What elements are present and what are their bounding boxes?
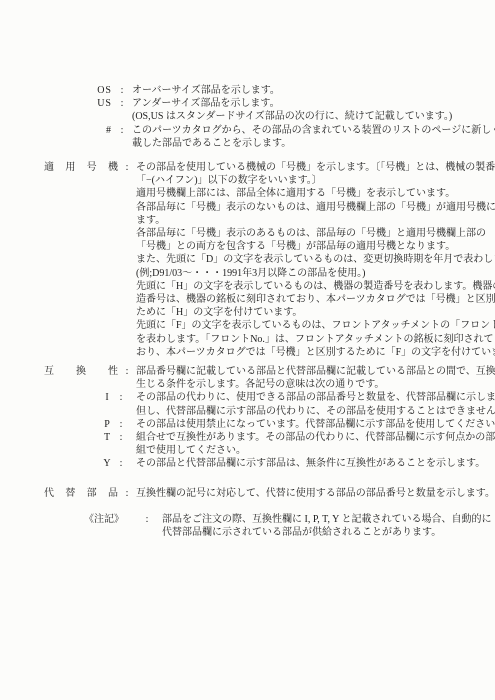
text-line: その部品の代わりに、使用できる部品の部品番号と数量を、代替部品欄に示します。 <box>136 391 495 404</box>
colon-separator: : <box>112 124 132 150</box>
text-line: (例;D91/03〜・・・1991年3月以降この部品を使用。) <box>136 267 495 280</box>
definitions-section: 適用号機:その部品を使用している機械の「号機」を示します。〔「号機」とは、機械の… <box>0 161 495 500</box>
abbrev-item: US:アンダーサイズ部品を示します。(OS,US はスタンダードサイズ部品の次の… <box>90 97 495 123</box>
text-line: 但し、代替部品欄に示す部品の代わりに、その部品を使用することはできません。 <box>136 405 495 418</box>
text-line: 各部品毎に「号機」表示のないものは、適用号機欄上部の「号機」が適用号機になり <box>136 201 495 214</box>
text-line: このパーツカタログから、その部品の含まれている装置のリストのページに新しく記 <box>132 124 495 137</box>
abbrev-term: US <box>90 97 112 123</box>
abbrev-item: #:このパーツカタログから、その部品の含まれている装置のリストのページに新しく記… <box>90 124 495 150</box>
symbol-item-i: I:その部品の代わりに、使用できる部品の部品番号と数量を、代替部品欄に示します。… <box>136 391 495 417</box>
abbreviation-section: OS:オーバーサイズ部品を示します。US:アンダーサイズ部品を示します。(OS,… <box>0 84 495 150</box>
text-line: 生じる条件を示します。各記号の意味は次の通りです。 <box>136 378 495 391</box>
text-line: アンダーサイズ部品を示します。 <box>132 97 495 110</box>
term-label: 適用号機 <box>44 161 118 359</box>
colon-separator: : <box>118 161 136 359</box>
colon-separator: : <box>116 431 126 444</box>
definition-entry-gokansei: 互換性:部品番号欄に記載している部品と代替部品欄に記載している部品との間で、互換… <box>0 365 495 471</box>
symbol-letter: I <box>100 391 114 404</box>
colon-separator: : <box>116 391 126 404</box>
text-line: 部品をご注文の際、互換性欄に I, P, T, Y と記載されている場合、自動的… <box>162 513 495 526</box>
definition-body: 互換性欄の記号に対応して、代替に使用する部品の部品番号と数量を示します。 <box>136 487 495 500</box>
symbol-item-p: P:その部品は使用禁止になっています。代替部品欄に示す部品を使用してください。 <box>136 418 495 431</box>
definition-entry-daitai-buhin: 代替部品:互換性欄の記号に対応して、代替に使用する部品の部品番号と数量を示します… <box>0 487 495 500</box>
symbol-letter: Y <box>100 457 114 470</box>
text-line: ます。 <box>136 214 495 227</box>
abbrev-item: OS:オーバーサイズ部品を示します。 <box>90 84 495 97</box>
symbol-item-y: Y:その部品と代替部品欄に示す部品は、無条件に互換性があることを示します。 <box>136 457 495 470</box>
note-row: 《注記》 : 部品をご注文の際、互換性欄に I, P, T, Y と記載されてい… <box>84 513 495 539</box>
text-line: オーバーサイズ部品を示します。 <box>132 84 495 97</box>
text-line: その部品は使用禁止になっています。代替部品欄に示す部品を使用してください。 <box>136 418 495 431</box>
definition-body: その部品を使用している機械の「号機」を示します。〔「号機」とは、機械の製番の「−… <box>136 161 495 359</box>
abbrev-definition: このパーツカタログから、その部品の含まれている装置のリストのページに新しく記載し… <box>132 124 495 150</box>
text-line: 「号機」との両方を包含する「号機」が部品毎の適用号機となります。 <box>136 240 495 253</box>
term-label: 代替部品 <box>44 487 118 500</box>
definition-entry-tekiyo-goki: 適用号機:その部品を使用している機械の「号機」を示します。〔「号機」とは、機械の… <box>0 161 495 359</box>
text-line: 造番号は、機器の銘板に刻印されており、本パーツカタログでは「号機」と区別する <box>136 293 495 306</box>
text-line: 適用号機欄上部には、部品全体に適用する「号機」を表示しています。 <box>136 187 495 200</box>
parts-catalog-terminology-page: OS:オーバーサイズ部品を示します。US:アンダーサイズ部品を示します。(OS,… <box>0 0 495 700</box>
colon-separator: : <box>116 418 126 431</box>
text-line: その部品を使用している機械の「号機」を示します。〔「号機」とは、機械の製番の <box>136 161 495 174</box>
text-line: おり、本パーツカタログでは「号機」と区別するために「F」の文字を付けています。 <box>136 346 495 359</box>
colon-separator: : <box>112 84 132 97</box>
text-line: 部品番号欄に記載している部品と代替部品欄に記載している部品との間で、互換性の <box>136 365 495 378</box>
text-line: 先頭に「H」の文字を表示しているものは、機器の製造番号を表わします。機器の製 <box>136 280 495 293</box>
text-line: 各部品毎に「号機」表示のあるものは、部品毎の「号機」と適用号機欄上部の <box>136 227 495 240</box>
abbrev-term: # <box>90 124 112 150</box>
text-line: その部品と代替部品欄に示す部品は、無条件に互換性があることを示します。 <box>136 457 495 470</box>
abbrev-term: OS <box>90 84 112 97</box>
text-line: 互換性欄の記号に対応して、代替に使用する部品の部品番号と数量を示します。 <box>136 487 495 500</box>
text-line: また、先頭に「D」の文字を表示しているものは、変更切換時期を年月で表わします。 <box>136 253 495 266</box>
text-line: 組で使用してください。 <box>136 444 495 457</box>
colon-separator: : <box>132 513 162 539</box>
text-line: 載した部品であることを示します。 <box>132 137 495 150</box>
text-line: を表わします。「フロントNo.」は、フロントアタッチメントの銘板に刻印されて <box>136 333 495 346</box>
colon-separator: : <box>116 457 126 470</box>
colon-separator: : <box>112 97 132 123</box>
colon-separator: : <box>118 487 136 500</box>
symbol-letter: T <box>100 431 114 444</box>
symbol-item-t: T:組合せで互換性があります。その部品の代わりに、代替部品欄に示す何点かの部品と… <box>136 431 495 457</box>
text-line: ために「H」の文字を付けています。 <box>136 306 495 319</box>
text-line: 組合せで互換性があります。その部品の代わりに、代替部品欄に示す何点かの部品と <box>136 431 495 444</box>
symbol-letter: P <box>100 418 114 431</box>
text-line: 「−(ハイフン)」以下の数字をいいます。〕 <box>136 174 495 187</box>
text-line: 代替部品欄に示されている部品が供給されることがあります。 <box>162 526 495 539</box>
text-line: (OS,US はスタンダードサイズ部品の次の行に、続けて記載しています。) <box>132 110 495 123</box>
definition-body: 部品番号欄に記載している部品と代替部品欄に記載している部品との間で、互換性の生じ… <box>136 365 495 471</box>
note-body: 部品をご注文の際、互換性欄に I, P, T, Y と記載されている場合、自動的… <box>162 513 495 539</box>
note-label: 《注記》 <box>84 513 132 539</box>
abbrev-definition: アンダーサイズ部品を示します。(OS,US はスタンダードサイズ部品の次の行に、… <box>132 97 495 123</box>
abbrev-definition: オーバーサイズ部品を示します。 <box>132 84 495 97</box>
text-line: 先頭に「F」の文字を表示しているものは、フロントアタッチメントの「フロントNO.… <box>136 319 495 332</box>
